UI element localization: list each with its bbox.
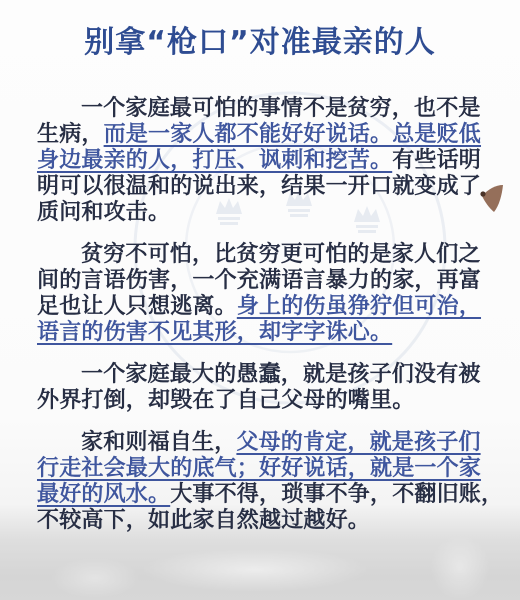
highlighted-text-segment: 行走社会最大的底气；好好说话，就是一个家 — [37, 456, 481, 481]
highlighted-text-segment: 父母的肯定，就是孩子们 — [236, 430, 480, 455]
text-line: 一个家庭最可怕的事情不是贫穷，也不是 — [37, 96, 489, 122]
highlighted-text-segment: 身边最亲的人，打压、讽刺和挖苦。 — [37, 148, 392, 173]
text-line: 质问和攻击。 — [37, 200, 489, 226]
text-line: 家和则福自生，父母的肯定，就是孩子们 — [37, 430, 489, 456]
highlighted-text-segment: 最好的风水。 — [37, 482, 170, 507]
body-text: 一个家庭最可怕的事情不是贫穷，也不是生病，而是一家人都不能好好说话。总是贬低身边… — [37, 96, 489, 550]
text-line: 最好的风水。大事不得，琐事不争，不翻旧账， — [37, 482, 489, 508]
body-text-segment: 大事不得，琐事不争，不翻旧账， — [170, 482, 503, 507]
text-line: 贫穷不可怕，比贫穷更可怕的是家人们之 — [37, 242, 489, 268]
text-line: 外界打倒，却毁在了自己父母的嘴里。 — [37, 388, 489, 414]
text-line: 足也让人只想逃离。身上的伤虽狰狞但可治， — [37, 294, 489, 320]
paragraph: 一个家庭最大的愚蠢，就是孩子们没有被外界打倒，却毁在了自己父母的嘴里。 — [37, 362, 489, 414]
text-line: 身边最亲的人，打压、讽刺和挖苦。有些话明 — [37, 148, 489, 174]
body-text-segment: 外界打倒，却毁在了自己父母的嘴里。 — [37, 388, 414, 413]
article-page: 别拿“枪口”对准最亲的人 一个家庭最可怕的事情不是贫穷，也不是生病，而是一家人都… — [0, 0, 520, 600]
background-blur-blob — [50, 558, 140, 598]
text-line: 语言的伤害不见其形，却字字诛心。 — [37, 320, 489, 346]
highlighted-text-segment: 语言的伤害不见其形，却字字诛心。 — [37, 320, 392, 345]
body-text-segment: 生病， — [37, 122, 104, 147]
body-text-segment: 足也让人只想逃离。 — [37, 294, 237, 319]
text-line: 一个家庭最大的愚蠢，就是孩子们没有被 — [37, 362, 489, 388]
body-text-segment: 间的言语伤害，一个充满语言暴力的家，再富 — [37, 268, 481, 293]
paragraph: 家和则福自生，父母的肯定，就是孩子们行走社会最大的底气；好好说话，就是一个家最好… — [37, 430, 489, 534]
body-text-segment: 质问和攻击。 — [37, 200, 170, 225]
body-text-segment: 明可以很温和的说出来，结果一开口就变成了 — [37, 174, 481, 199]
body-text-segment: 有些话明 — [392, 148, 481, 173]
body-text-segment: 贫穷不可怕，比贫穷更可怕的是家人们之 — [81, 242, 481, 267]
text-line: 明可以很温和的说出来，结果一开口就变成了 — [37, 174, 489, 200]
text-line: 不较高下，如此家自然越过越好。 — [37, 508, 489, 534]
paragraph: 一个家庭最可怕的事情不是贫穷，也不是生病，而是一家人都不能好好说话。总是贬低身边… — [37, 96, 489, 226]
body-text-segment: 一个家庭最可怕的事情不是贫穷，也不是 — [81, 96, 481, 121]
body-text-segment: 不较高下，如此家自然越过越好。 — [37, 508, 370, 533]
body-text-segment: 家和则福自生， — [81, 430, 236, 455]
background-blur-blob — [140, 548, 370, 592]
highlighted-text-segment: 身上的伤虽狰狞但可治， — [237, 294, 481, 319]
page-title: 别拿“枪口”对准最亲的人 — [0, 22, 520, 64]
text-line: 行走社会最大的底气；好好说话，就是一个家 — [37, 456, 489, 482]
body-text-segment: 一个家庭最大的愚蠢，就是孩子们没有被 — [81, 362, 481, 387]
paragraph: 贫穷不可怕，比贫穷更可怕的是家人们之间的言语伤害，一个充满语言暴力的家，再富足也… — [37, 242, 489, 346]
text-line: 间的言语伤害，一个充满语言暴力的家，再富 — [37, 268, 489, 294]
highlighted-text-segment: 而是一家人都不能好好说话。总是贬低 — [104, 122, 481, 147]
text-line: 生病，而是一家人都不能好好说话。总是贬低 — [37, 122, 489, 148]
